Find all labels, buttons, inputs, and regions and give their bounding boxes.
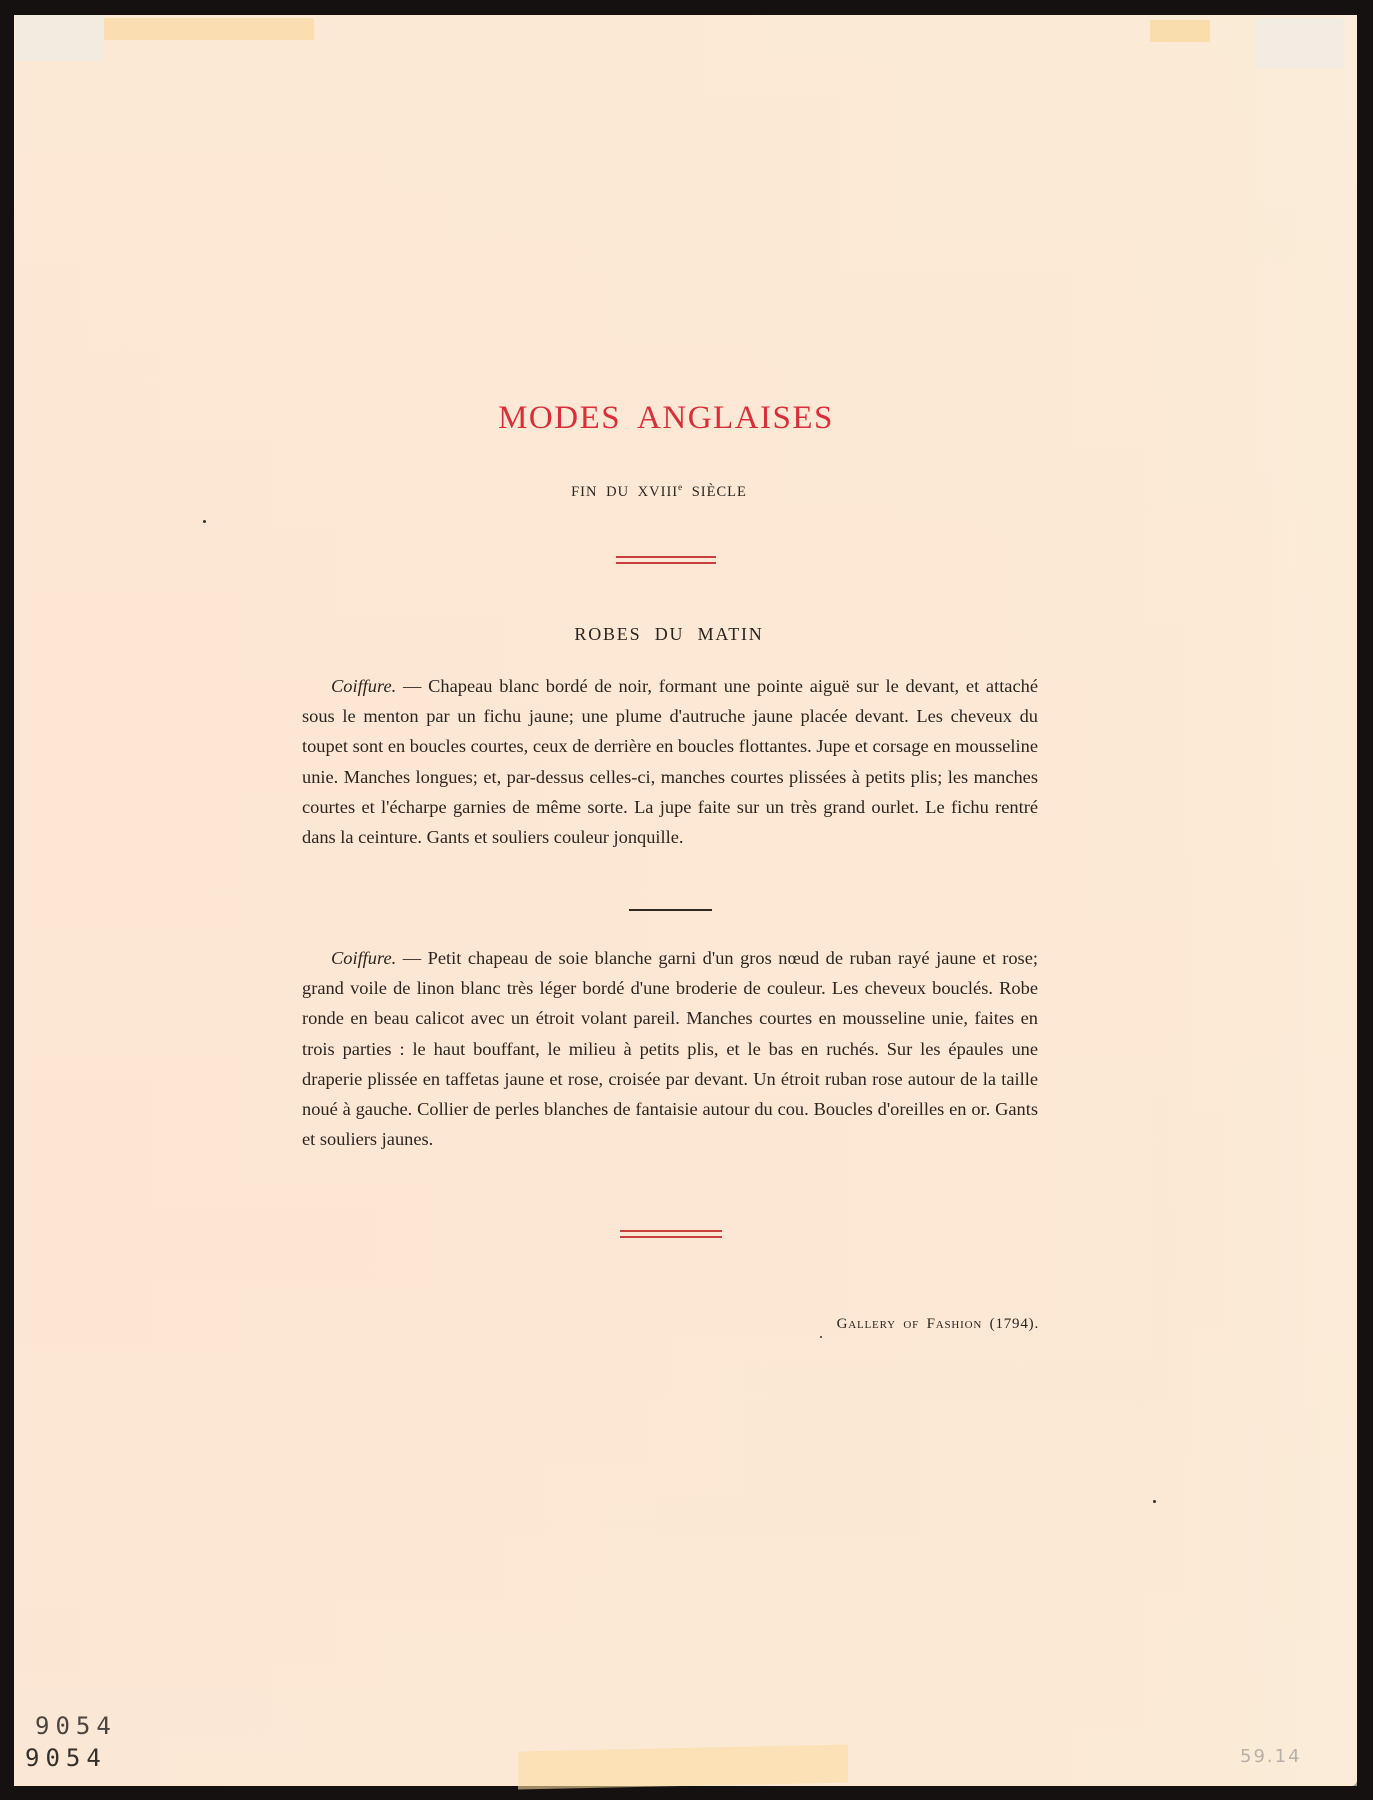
paper-speck <box>1153 1500 1156 1503</box>
inventory-stamp: 9054 <box>25 1744 107 1772</box>
page-title: MODES ANGLAISES <box>0 400 1332 437</box>
subtitle-text-end: SIÈCLE <box>683 484 747 500</box>
paper-speck <box>820 1336 822 1338</box>
pencil-note: 59.14 <box>1240 1746 1302 1767</box>
paragraph-lead: Coiffure. <box>331 676 396 696</box>
subtitle-text: FIN DU XVIII <box>571 484 678 500</box>
paragraph-text: — Chapeau blanc bordé de noir, formant u… <box>302 676 1038 847</box>
single-rule-divider <box>629 909 712 911</box>
page-subtitle: FIN DU XVIIIe SIÈCLE <box>0 482 1318 501</box>
double-rule-divider-bottom <box>620 1230 722 1238</box>
inventory-stamp: 9054 <box>35 1712 117 1740</box>
document-content: MODES ANGLAISES FIN DU XVIIIe SIÈCLE ROB… <box>0 0 1373 1800</box>
section-title: ROBES DU MATIN <box>0 624 1338 645</box>
description-paragraph-2: Coiffure. — Petit chapeau de soie blanch… <box>302 943 1038 1154</box>
source-credit: Gallery of Fashion (1794). <box>837 1316 1039 1333</box>
description-paragraph-1: Coiffure. — Chapeau blanc bordé de noir,… <box>302 671 1038 852</box>
double-rule-divider-top <box>616 556 716 564</box>
paragraph-lead: Coiffure. <box>331 948 396 968</box>
paper-speck <box>203 520 206 523</box>
paragraph-text: — Petit chapeau de soie blanche garni d'… <box>302 948 1038 1149</box>
